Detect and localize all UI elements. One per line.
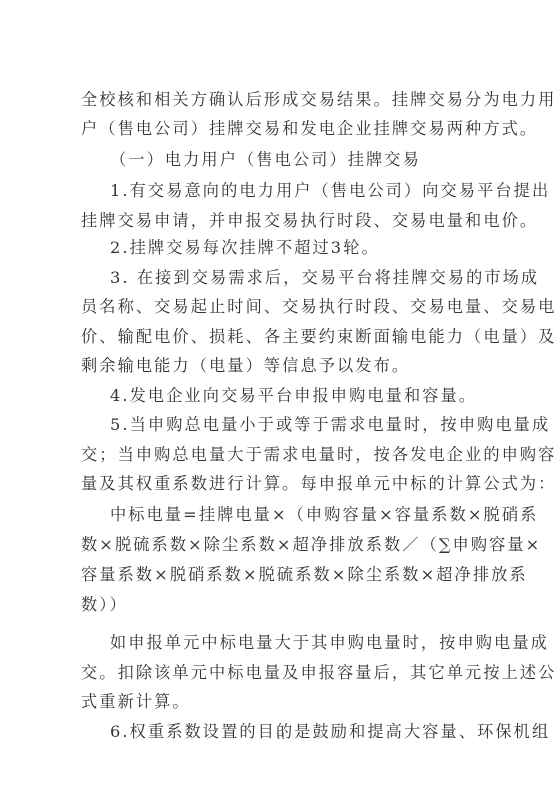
text-line: 员名称、交易起止时间、交易执行时段、交易电量、交易电 [81,297,485,317]
formula-line: 数×脱硫系数×除尘系数×超净排放系数／（∑申购容量× [81,535,485,555]
text-line: 交；当申购总电量大于需求电量时，按各发电企业的申购容 [81,445,485,465]
section-heading: （一）电力用户（售电公司）挂牌交易 [110,150,514,170]
page-number: 11 [276,731,286,742]
text-line: 全校核和相关方确认后形成交易结果。挂牌交易分为电力用 [81,90,485,110]
text-line: 如申报单元中标电量大于其申购电量时，按申购电量成 [110,633,514,653]
watermark-logo [425,755,500,777]
text-line: 4.发电企业向交易平台申报申购电量和容量。 [110,386,514,406]
document-page: 全校核和相关方确认后形成交易结果。挂牌交易分为电力用 户（售电公司）挂牌交易和发… [0,0,560,791]
text-line: 3. 在接到交易需求后，交易平台将挂牌交易的市场成 [110,268,514,288]
formula-line: 容量系数×脱硝系数×脱硫系数×除尘系数×超净排放系 [81,565,485,585]
text-line: 式重新计算。 [81,692,485,712]
text-line: 量及其权重系数进行计算。每申报单元中标的计算公式为： [81,474,485,494]
text-line: 剩余输电能力（电量）等信息予以发布。 [81,356,485,376]
text-line: 交。扣除该单元中标电量及申报容量后，其它单元按上述公 [81,663,485,683]
text-line: 2.挂牌交易每次挂牌不超过3轮。 [110,238,514,258]
formula-line: 数）） [81,595,485,615]
text-line: 6.权重系数设置的目的是鼓励和提高大容量、环保机组 [110,722,514,742]
text-line: 1.有交易意向的电力用户（售电公司）向交易平台提出 [110,181,514,201]
text-line: 挂牌交易申请，并申报交易执行时段、交易电量和电价。 [81,211,485,231]
text-line: 5.当申购总电量小于或等于需求电量时，按申购电量成 [110,415,514,435]
text-line: 价、输配电价、损耗、各主要约束断面输电能力（电量）及 [81,327,485,347]
formula-line: 中标电量=挂牌电量×（申购容量×容量系数×脱硝系 [110,505,514,525]
text-line: 户（售电公司）挂牌交易和发电企业挂牌交易两种方式。 [81,119,485,139]
